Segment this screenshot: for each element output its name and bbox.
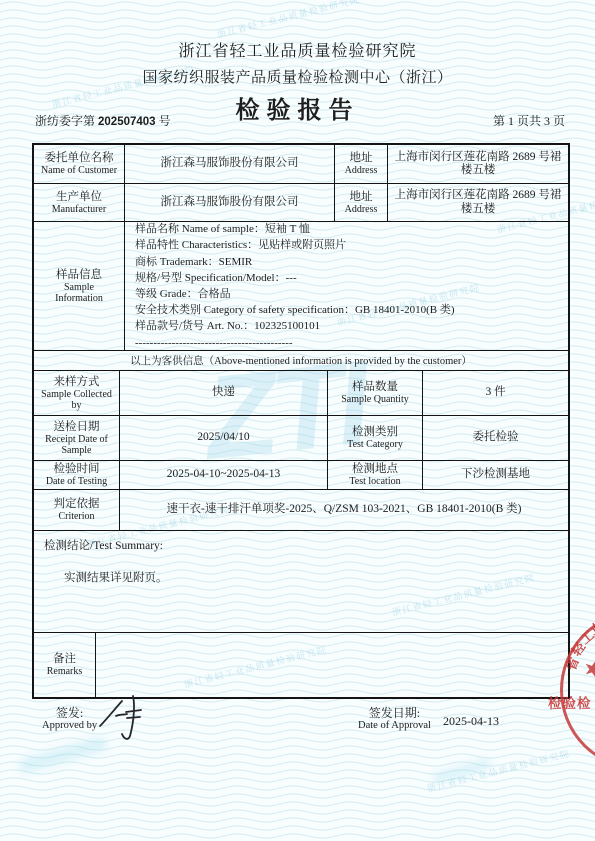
location-label-cn: 检测地点 xyxy=(352,462,398,476)
customer-note: 以上为客供信息（Above-mentioned information is p… xyxy=(130,353,472,368)
manufacturer-label-en: Manufacturer xyxy=(52,204,106,216)
location-value: 下沙检测基地 xyxy=(461,468,530,482)
table-row-remarks: 备注 Remarks xyxy=(34,632,568,697)
approval-date-value: 2025-04-13 xyxy=(443,714,499,729)
sample-safety-category: 安全技术类别 Category of safety specification：… xyxy=(135,302,455,318)
summary-body: 实测结果详见附页。 xyxy=(64,569,558,585)
report-number: 浙纺委字第 202507403 号 xyxy=(35,112,171,129)
approved-by-label: 签发: Approved by xyxy=(42,706,97,732)
customer-address: 上海市闵行区莲花南路 2689 号裙楼五楼 xyxy=(391,151,565,178)
sample-info-label-cn: 样品信息 xyxy=(56,268,102,282)
customer-label-cn: 委托单位名称 xyxy=(45,151,114,165)
table-row-criterion: 判定依据 Criterion 速干衣-速干排汗单项奖-2025、Q/ZSM 10… xyxy=(34,489,568,530)
manufacturer-name: 浙江森马服饰股份有限公司 xyxy=(161,196,299,210)
customer-name: 浙江森马服饰股份有限公司 xyxy=(161,157,299,171)
customer-label-en: Name of Customer xyxy=(41,165,117,177)
testing-label-cn: 检验时间 xyxy=(54,462,100,476)
criterion-value: 速干衣-速干排汗单项奖-2025、Q/ZSM 103-2021、GB 18401… xyxy=(167,503,522,517)
location-label-en: Test location xyxy=(349,476,400,488)
manufacturer-address-label-cn: 地址 xyxy=(350,190,373,204)
quantity-value: 3 件 xyxy=(485,386,505,400)
stamp-inner-text: 检验检 xyxy=(548,692,592,712)
sample-name: 样品名称 Name of sample：短袖 T 恤 xyxy=(135,222,310,237)
page-indicator: 第 1 页共 3 页 xyxy=(493,112,565,129)
collected-value: 快递 xyxy=(212,386,235,400)
sample-trademark: 商标 Trademark：SEMIR xyxy=(135,254,252,270)
table-row-manufacturer: 生产单位 Manufacturer 浙江森马服饰股份有限公司 地址 Addres… xyxy=(34,183,568,221)
collected-label-en: Sample Collected by xyxy=(37,389,116,412)
remarks-label-en: Remarks xyxy=(47,666,83,678)
category-label-en: Test Category xyxy=(347,439,403,451)
receipt-label-en: Receipt Date of Sample xyxy=(37,434,116,457)
table-row-customer: 委托单位名称 Name of Customer 浙江森马服饰股份有限公司 地址 … xyxy=(34,145,568,183)
category-value: 委托检验 xyxy=(473,431,519,445)
org-name-line1: 浙江省轻工业品质量检验研究院 xyxy=(0,38,595,61)
signature-image xyxy=(96,690,154,744)
collected-label-cn: 来样方式 xyxy=(54,375,100,389)
category-label-cn: 检测类别 xyxy=(352,425,398,439)
table-row-sample-info: 样品信息 Sample Information 样品名称 Name of sam… xyxy=(34,221,568,350)
manufacturer-address: 上海市闵行区莲花南路 2689 号裙楼五楼 xyxy=(391,189,565,216)
manufacturer-label-cn: 生产单位 xyxy=(56,190,102,204)
report-number-value: 202507403 xyxy=(98,116,156,128)
remarks-label-cn: 备注 xyxy=(53,652,76,666)
sample-characteristics: 样品特性 Characteristics：见贴样或附页照片 xyxy=(135,237,346,253)
org-name-line2: 国家纺织服装产品质量检验检测中心（浙江） xyxy=(0,66,595,87)
sample-info-label-en: Information xyxy=(55,293,103,305)
quantity-label-en: Sample Quantity xyxy=(341,394,409,406)
criterion-label-en: Criterion xyxy=(58,511,94,523)
date-of-approval-label: 签发日期: Date of Approval xyxy=(358,706,431,732)
sample-grade: 等级 Grade：合格品 xyxy=(135,286,231,302)
table-row-summary: 检测结论/Test Summary: 实测结果详见附页。 xyxy=(34,530,568,632)
sample-art-no: 样品款号/货号 Art. No.：102325100101 xyxy=(135,318,320,334)
customer-address-label-cn: 地址 xyxy=(350,151,373,165)
table-row-customer-note: 以上为客供信息（Above-mentioned information is p… xyxy=(34,350,568,370)
report-page: 浙江省轻工业品质量检验研究院 浙江省轻工业品质量检验研究院 浙江省轻工业品质量检… xyxy=(0,0,595,841)
table-row-receipt-date: 送检日期 Receipt Date of Sample 2025/04/10 检… xyxy=(34,415,568,460)
quantity-label-cn: 样品数量 xyxy=(352,380,398,394)
receipt-label-cn: 送检日期 xyxy=(54,420,100,434)
receipt-date-value: 2025/04/10 xyxy=(197,431,249,445)
sample-dash-line: ----------------------------------------… xyxy=(135,335,293,350)
report-table: 委托单位名称 Name of Customer 浙江森马服饰股份有限公司 地址 … xyxy=(32,143,570,699)
table-row-testing-date: 检验时间 Date of Testing 2025-04-10~2025-04-… xyxy=(34,460,568,489)
summary-heading: 检测结论/Test Summary: xyxy=(44,537,558,553)
sample-specification: 规格/号型 Specification/Model：--- xyxy=(135,270,297,286)
table-row-sample-collected: 来样方式 Sample Collected by 快递 样品数量 Sample … xyxy=(34,370,568,415)
manufacturer-address-label-en: Address xyxy=(345,204,378,216)
testing-label-en: Date of Testing xyxy=(46,476,107,488)
criterion-label-cn: 判定依据 xyxy=(54,497,100,511)
testing-date-value: 2025-04-10~2025-04-13 xyxy=(167,468,281,482)
customer-address-label-en: Address xyxy=(345,165,378,177)
sample-info-label-en: Sample xyxy=(64,282,94,294)
